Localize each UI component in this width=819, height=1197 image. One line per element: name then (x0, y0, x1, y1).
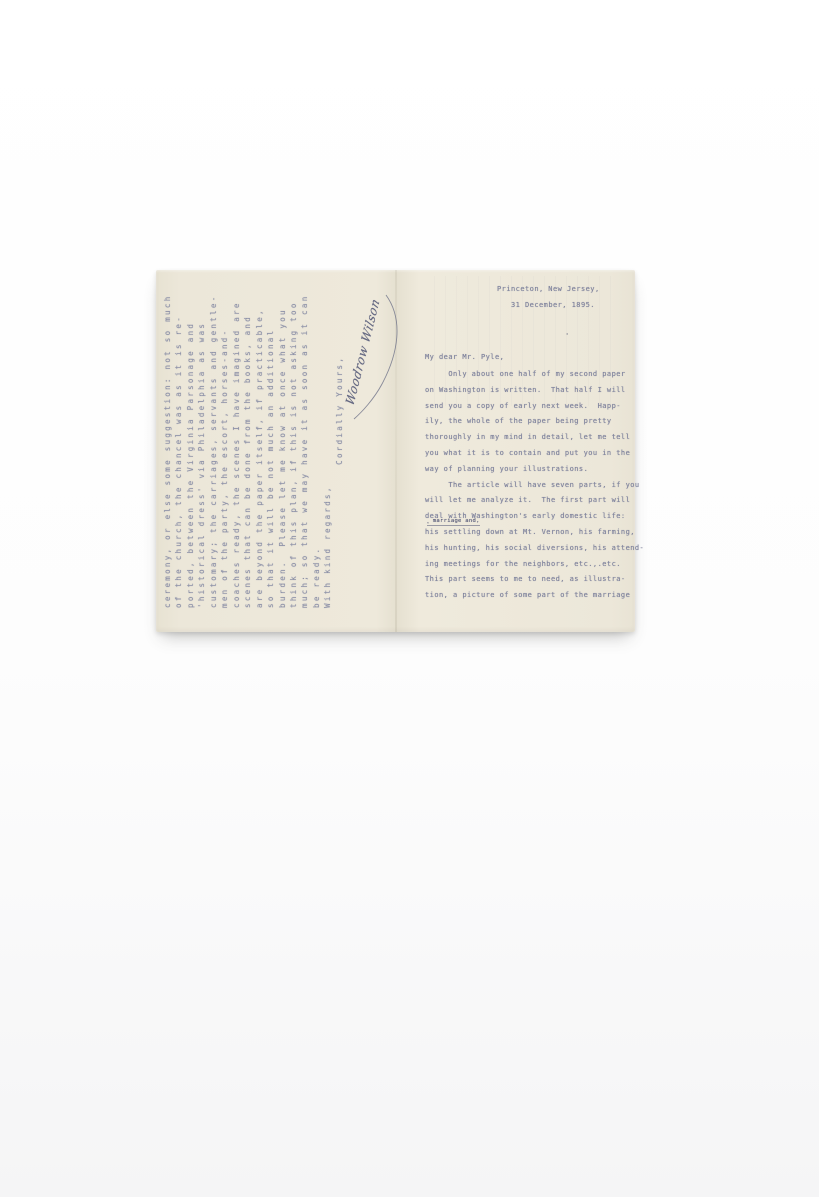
letter-sheet: ceremony, or else some suggestion: not s… (156, 270, 635, 632)
rotated-text-block: ceremony, or else some suggestion: not s… (162, 286, 388, 608)
letter-line: Only about one half of my second paper (425, 367, 644, 383)
letter-line: be ready. (311, 286, 322, 608)
letter-line: burden. Please let me know at once what … (277, 286, 288, 608)
letter-line: ily, the whole of the paper being pretty (425, 414, 644, 430)
typed-insertion: ‸ marriage and, (427, 518, 480, 526)
letter-line: his hunting, his social diversions, his … (425, 541, 644, 557)
letter-line: are beyond the paper itself, if practica… (254, 286, 265, 608)
letter-line: thoroughly in my mind in detail, let me … (425, 430, 644, 446)
left-page: ceremony, or else some suggestion: not s… (162, 278, 394, 624)
letter-line: much; so that we may have it as soon as … (299, 286, 310, 608)
stray-ink-mark: ' (565, 332, 569, 340)
letter-line: you what it is to contain and put you in… (425, 446, 644, 462)
regards-line: With kind regards, (322, 286, 333, 608)
salutation-line: My dear Mr. Pyle, (425, 350, 504, 366)
right-page: Princeton, New Jersey, 31 December, 1895… (424, 270, 624, 632)
dateline-place: Princeton, New Jersey, (497, 282, 600, 298)
letter-line: men of the party, the escort, horses-and… (219, 286, 230, 608)
letter-line: 'historical dress' via Philadelphia as w… (196, 286, 207, 608)
letter-line: think of this plan, if this is not askin… (288, 286, 299, 608)
letter-line: of the church, the chancel was as it is … (173, 286, 184, 608)
letter-line: customary; the carriages, servants and g… (208, 286, 219, 608)
letter-line: scenes that can be done from the books, … (242, 286, 253, 608)
letter-line: coaches ready, the scenes I have imagine… (231, 286, 242, 608)
photo-background: { "colors": { "background_top": "#ffffff… (0, 0, 819, 1197)
letter-line: his settling down at Mt. Vernon, his far… (425, 525, 644, 541)
letter-line: on Washington is written. That half I wi… (425, 383, 644, 399)
letter-line: This part seems to me to need, as illust… (425, 572, 644, 588)
letter-line: The article will have seven parts, if yo… (425, 478, 644, 494)
letter-line: send you a copy of early next week. Happ… (425, 399, 644, 415)
letter-body: Only about one half of my second paper o… (425, 367, 644, 604)
letter-line: ported, between the Virginia Parsonage a… (185, 286, 196, 608)
letter-line: way of planning your illustrations. (425, 462, 644, 478)
letter-line: so that it will be not much an additiona… (265, 286, 276, 608)
closing-line: Cordially Yours, (334, 286, 345, 608)
letter-line: will let me analyze it. The first part w… (425, 493, 644, 509)
letter-line: tion, a picture of some part of the marr… (425, 588, 644, 604)
signature: Woodrow Wilson (343, 296, 382, 408)
dateline-date: 31 December, 1895. (511, 298, 595, 314)
fold-crease (395, 270, 397, 632)
letter-line: ceremony, or else some suggestion: not s… (162, 286, 173, 608)
letter-line: ing meetings for the neighbors, etc.,.et… (425, 557, 644, 573)
